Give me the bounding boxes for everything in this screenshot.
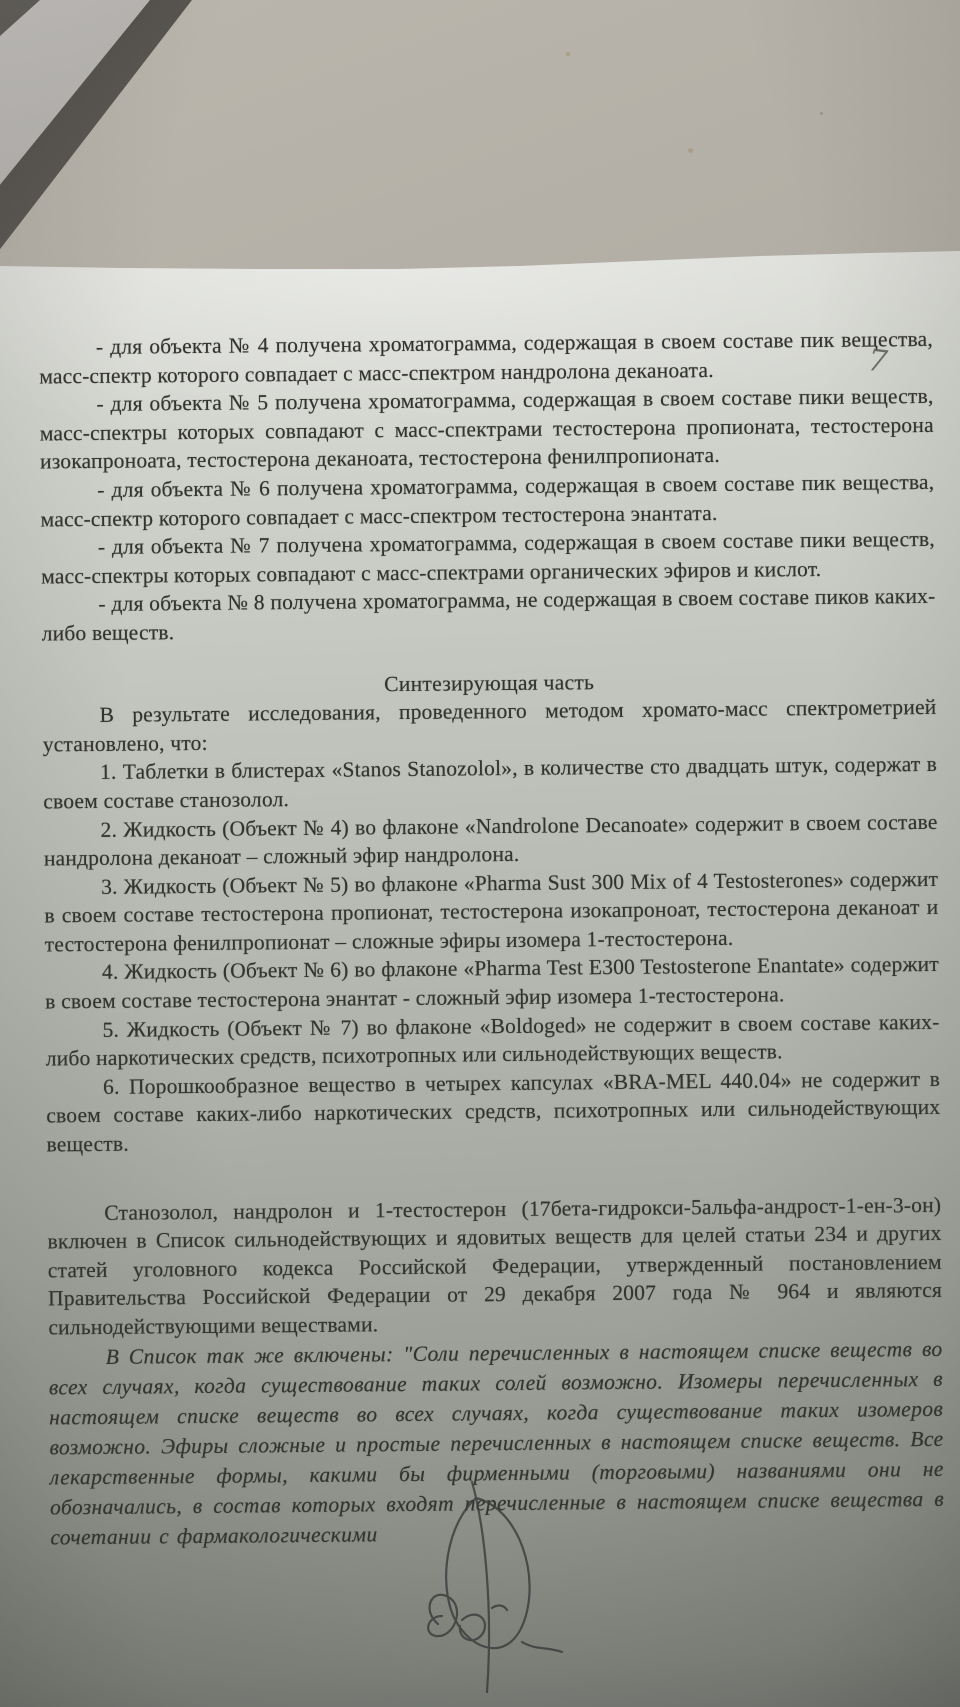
conclusion-4: 4. Жидкость (Объект № 6) во флаконе «Pha…	[45, 950, 940, 1016]
conclusion-3: 3. Жидкость (Объект № 5) во флаконе «Pha…	[44, 865, 939, 959]
finding-object-6: - для объекта № 6 получена хроматограмма…	[40, 468, 935, 534]
conclusion-5: 5. Жидкость (Объект № 7) во флаконе «Bol…	[45, 1008, 940, 1074]
finding-object-4: - для объекта № 4 получена хроматограмма…	[39, 325, 934, 391]
document-photo: - для объекта № 4 получена хроматограмма…	[0, 0, 960, 1707]
finding-object-7: - для объекта № 7 получена хроматограмма…	[41, 525, 936, 591]
desk-speck	[566, 52, 570, 56]
conclusion-6: 6. Порошкообразное вещество в четырех ка…	[46, 1065, 941, 1159]
conclusion-1: 1. Таблетки в блистерах «Stanos Stanozol…	[43, 750, 938, 816]
report-text-block: - для объекта № 4 получена хроматограмма…	[0, 239, 960, 1553]
conclusion-2: 2. Жидкость (Объект № 4) во флаконе «Nan…	[43, 807, 938, 873]
finding-object-8: - для объекта № 8 получена хроматограмма…	[41, 582, 936, 648]
handwritten-signature	[392, 1458, 622, 1707]
finding-object-5: - для объекта № 5 получена хроматограмма…	[39, 382, 934, 476]
desk-speck	[688, 148, 693, 153]
section-intro: В результате исследования, проведенного …	[42, 693, 937, 759]
legal-paragraph: Станозолол, нандролон и 1-тестостерон (1…	[47, 1190, 942, 1342]
desk-speck	[820, 112, 823, 115]
